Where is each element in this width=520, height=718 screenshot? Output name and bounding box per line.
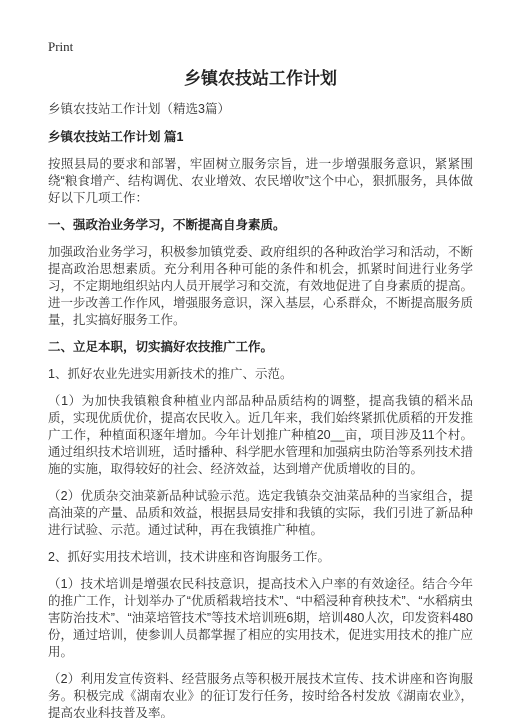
paragraph: （2）利用发宣传资料、经营服务点等积极开展技术宣传、技术讲座和咨询服务。积极完成… — [48, 671, 473, 718]
list-item-paragraph: 1、抓好农业先进实用新技术的推广、示范。 — [48, 366, 473, 383]
list-item-paragraph: 2、抓好实用技术培训，技术讲座和咨询服务工作。 — [48, 549, 473, 566]
article-heading: 乡镇农技站工作计划 篇1 — [48, 129, 473, 146]
paragraph: （1）为加快我镇粮食种植业内部品种品质结构的调整，提高我镇的稻米品质，实现优质优… — [48, 393, 473, 478]
paragraph: 按照县局的要求和部署，牢固树立服务宗旨，进一步增强服务意识，紧紧围绕“粮食增产、… — [48, 156, 473, 207]
paragraph: 加强政治业务学习，积极参加镇党委、政府组织的各种政治学习和活动，不断提高政治思想… — [48, 244, 473, 329]
page-title: 乡镇农技站工作计划 — [48, 68, 473, 90]
paragraph: （2）优质杂交油菜新品种试验示范。选定我镇杂交油菜品种的当家组合，提高油菜的产量… — [48, 488, 473, 539]
document-subtitle: 乡镇农技站工作计划（精选3篇） — [48, 101, 473, 118]
paragraph: （1）技术培训是增强农民科技意识，提高技术入户率的有效途径。结合今年的推广工作，… — [48, 576, 473, 661]
section-heading: 二、立足本职，切实搞好农技推广工作。 — [48, 339, 473, 356]
print-button[interactable]: Print — [48, 40, 73, 53]
section-heading: 一、强政治业务学习，不断提高自身素质。 — [48, 217, 473, 234]
document-page: Print 乡镇农技站工作计划 乡镇农技站工作计划（精选3篇） 乡镇农技站工作计… — [0, 0, 520, 718]
